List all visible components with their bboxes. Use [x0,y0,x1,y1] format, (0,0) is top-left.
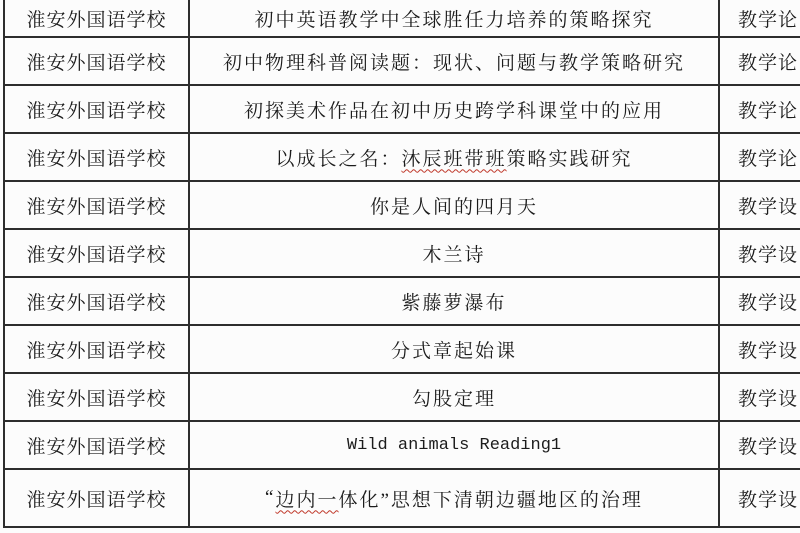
table-row: 淮安外国语学校 勾股定理 教学设 [3,374,800,422]
misspelled-text: 沐辰班带班 [401,144,506,171]
title-cell: 初中物理科普阅读题：现状、问题与教学策略研究 [190,38,718,84]
title-text: 初中英语教学中全球胜任力培养的策略探究 [254,5,653,32]
table-row: 淮安外国语学校 初中物理科普阅读题：现状、问题与教学策略研究 教学论 [3,38,800,86]
table-row: 淮安外国语学校 初中英语教学中全球胜任力培养的策略探究 教学论 [3,0,800,38]
title-text: “ [265,487,275,509]
school-cell: 淮安外国语学校 [3,470,190,526]
school-cell: 淮安外国语学校 [3,86,190,132]
table-row: 淮安外国语学校 木兰诗 教学设 [3,230,800,278]
category-cell: 教学设 [718,374,800,420]
title-cell: 你是人间的四月天 [190,182,718,228]
school-cell: 淮安外国语学校 [3,182,190,228]
title-cell: 木兰诗 [190,230,718,276]
table-row: 淮安外国语学校 分式章起始课 教学设 [3,326,800,374]
title-cell: “边内一体化”思想下清朝边疆地区的治理 [190,470,718,526]
school-cell: 淮安外国语学校 [3,374,190,420]
school-cell: 淮安外国语学校 [3,422,190,468]
title-text: 初中物理科普阅读题：现状、问题与教学策略研究 [223,48,685,75]
school-cell: 淮安外国语学校 [3,0,190,36]
category-cell: 教学设 [718,182,800,228]
title-cell: Wild animals Reading1 [190,422,718,468]
table-row: 淮安外国语学校 初探美术作品在初中历史跨学科课堂中的应用 教学论 [3,86,800,134]
title-text: 勾股定理 [412,384,496,411]
document-page: 淮安外国语学校 初中英语教学中全球胜任力培养的策略探究 教学论 淮安外国语学校 … [0,0,800,533]
category-cell: 教学设 [718,326,800,372]
title-cell: 勾股定理 [190,374,718,420]
title-text: 分式章起始课 [391,336,517,363]
school-cell: 淮安外国语学校 [3,230,190,276]
title-cell: 紫藤萝瀑布 [190,278,718,324]
table-row: 淮安外国语学校 Wild animals Reading1 教学设 [3,422,800,470]
category-cell: 教学论 [718,0,800,36]
school-cell: 淮安外国语学校 [3,278,190,324]
category-cell: 教学论 [718,38,800,84]
title-cell: 分式章起始课 [190,326,718,372]
title-text: 你是人间的四月天 [370,192,538,219]
school-cell: 淮安外国语学校 [3,326,190,372]
title-cell: 以成长之名：沐辰班带班策略实践研究 [190,134,718,180]
category-cell: 教学设 [718,230,800,276]
title-text: 策略实践研究 [507,144,633,171]
category-cell: 教学论 [718,134,800,180]
misspelled-text: 边内一 [275,485,338,512]
title-text: 初探美术作品在初中历史跨学科课堂中的应用 [244,96,664,123]
category-cell: 教学论 [718,86,800,132]
school-cell: 淮安外国语学校 [3,38,190,84]
title-text: 体化”思想下清朝边疆地区的治理 [339,485,643,512]
category-cell: 教学设 [718,470,800,526]
title-cell: 初探美术作品在初中历史跨学科课堂中的应用 [190,86,718,132]
title-text: Wild animals Reading1 [347,436,561,455]
table-row: 淮安外国语学校 “边内一体化”思想下清朝边疆地区的治理 教学设 [3,470,800,528]
paper-table: 淮安外国语学校 初中英语教学中全球胜任力培养的策略探究 教学论 淮安外国语学校 … [3,0,800,528]
title-cell: 初中英语教学中全球胜任力培养的策略探究 [190,0,718,36]
table-row: 淮安外国语学校 以成长之名：沐辰班带班策略实践研究 教学论 [3,134,800,182]
title-text: 紫藤萝瀑布 [401,288,506,315]
school-cell: 淮安外国语学校 [3,134,190,180]
title-text: 以成长之名： [275,144,401,171]
title-text: 木兰诗 [422,240,485,267]
table-row: 淮安外国语学校 紫藤萝瀑布 教学设 [3,278,800,326]
category-cell: 教学设 [718,422,800,468]
table-row: 淮安外国语学校 你是人间的四月天 教学设 [3,182,800,230]
category-cell: 教学设 [718,278,800,324]
